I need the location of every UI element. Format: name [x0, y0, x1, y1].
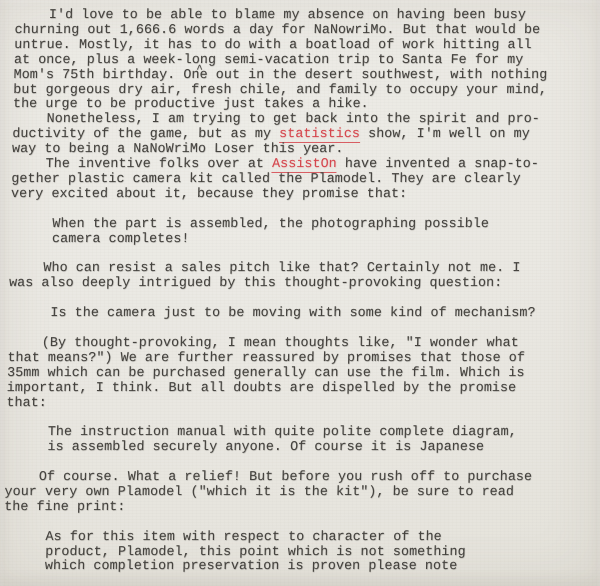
typed-line: 35mm which can be purchased generally ca…	[7, 367, 586, 382]
typed-line: at once, plus a week-long semi-vacation …	[14, 54, 593, 69]
typed-line: way to being a NaNoWriMo Loser this year…	[12, 143, 591, 158]
text-segment: show, I'm well on my	[360, 127, 530, 142]
typed-line: untrue. Mostly, it has to do with a boat…	[14, 39, 593, 54]
typed-line: When the part is assembled, the photogra…	[52, 218, 589, 233]
typed-line: I'd love to be able to blame my absence …	[15, 9, 594, 24]
typed-line: The inventive folks over at AssistOn hav…	[11, 158, 590, 173]
typed-line: Is the camera just to be moving with som…	[50, 307, 587, 322]
typed-line: camera completes!	[52, 233, 589, 248]
typed-line: Mom's 75th birthday. On^e out in the des…	[13, 69, 592, 84]
typed-line: was also deeply intrigued by this though…	[9, 277, 588, 292]
typewritten-page: I'd love to be able to blame my absence …	[0, 0, 600, 586]
typed-line: the fine print:	[4, 501, 583, 516]
paragraph-fine-print: Of course. What a relief! But before you…	[4, 471, 584, 516]
typed-line: The instruction manual with quite polite…	[48, 426, 585, 441]
typed-line: your very own Plamodel ("which it is the…	[4, 486, 583, 501]
text-segment: have invented a snap-to-	[337, 157, 539, 172]
text-segment: The inventive folks over at	[45, 157, 272, 172]
paragraph-nanowrimo-absence: I'd love to be able to blame my absence …	[13, 9, 594, 113]
typed-line: that:	[6, 397, 585, 412]
typed-line: important, I think. But all doubts are d…	[7, 382, 586, 397]
blockquote-completion-preservation: As for this item with respect to charact…	[45, 531, 583, 576]
typed-line: that means?") We are further reassured b…	[7, 352, 586, 367]
paragraph-assiston: The inventive folks over at AssistOn hav…	[11, 158, 591, 203]
typed-line: which completion preservation is proven …	[45, 560, 582, 575]
typed-line: is assembled securely anyone. Of course …	[47, 441, 584, 456]
paragraph-statistics: Nonetheless, I am trying to get back int…	[12, 113, 592, 158]
typed-line: As for this item with respect to charact…	[45, 531, 582, 546]
paragraph-thought-provoking: (By thought-provoking, I mean thoughts l…	[6, 337, 587, 412]
typed-line: Of course. What a relief! But before you…	[5, 471, 584, 486]
typed-line: gether plastic camera kit called the Pla…	[11, 173, 590, 188]
typed-line: ductivity of the game, but as my statist…	[12, 128, 591, 143]
assiston-link[interactable]: AssistOn	[272, 157, 337, 173]
text-segment: Mom's 75th birthday. On	[13, 68, 199, 83]
typed-text-block: I'd love to be able to blame my absence …	[3, 9, 594, 575]
blockquote-mechanism-question: Is the camera just to be moving with som…	[50, 307, 587, 322]
text-segment: e out in the desert southwest, with noth…	[199, 68, 547, 83]
typed-line: (By thought-provoking, I mean thoughts l…	[8, 337, 587, 352]
paragraph-sales-pitch: Who can resist a sales pitch like that? …	[9, 262, 589, 292]
typed-line: churning out 1,666.6 words a day for NaN…	[14, 24, 593, 39]
blockquote-instruction-manual: The instruction manual with quite polite…	[47, 426, 585, 456]
statistics-link[interactable]: statistics	[279, 127, 360, 143]
typed-line: Nonetheless, I am trying to get back int…	[12, 113, 591, 128]
blockquote-camera-completes: When the part is assembled, the photogra…	[52, 218, 590, 248]
typed-line: very excited about it, because they prom…	[11, 188, 590, 203]
text-segment: ductivity of the game, but as my	[12, 127, 279, 142]
